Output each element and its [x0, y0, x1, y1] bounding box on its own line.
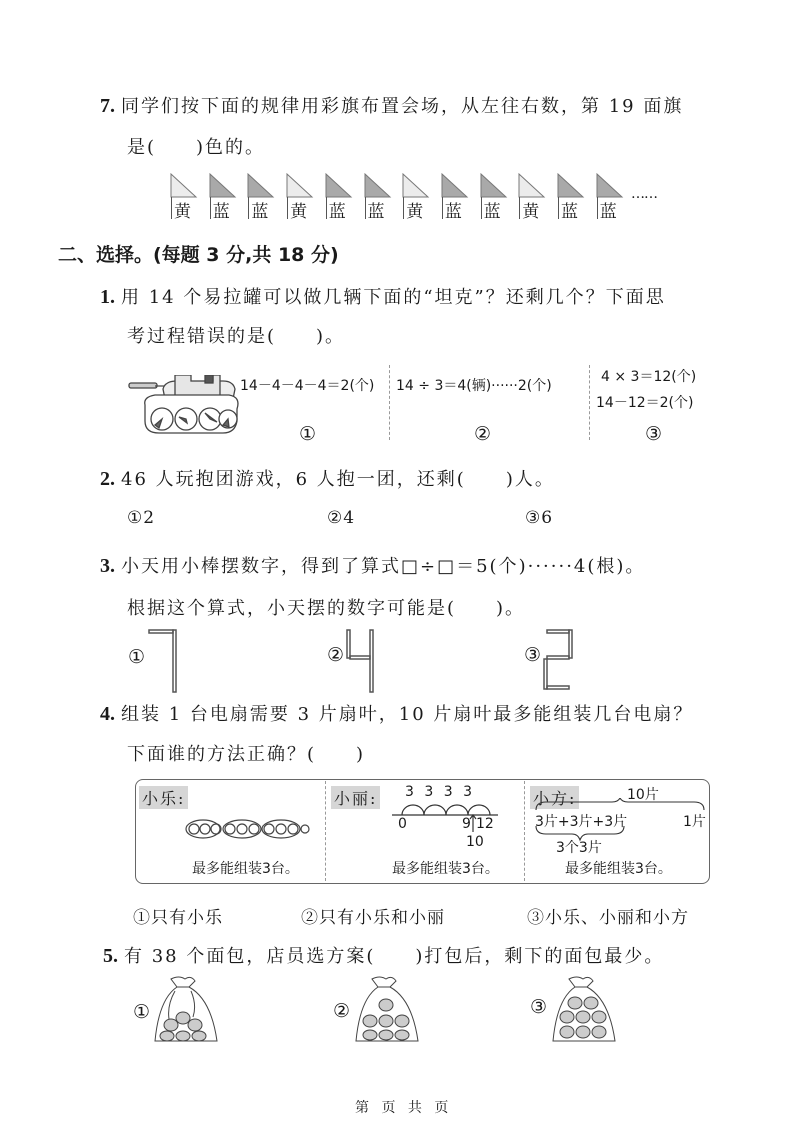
q1-line1: 1.用 14 个易拉罐可以做几辆下面的“坦克”？还剩几个？下面思 — [100, 283, 666, 309]
q4-option-3[interactable]: ③小乐、小丽和小方 — [527, 903, 689, 928]
q2-option-2[interactable]: ②4 — [327, 508, 355, 528]
q2-text: 2.46 人玩抱团游戏，6 人抱一团，还剩( )人。 — [100, 465, 555, 491]
flag-blue: 蓝 — [325, 173, 359, 225]
tick-9: 9 — [462, 816, 471, 832]
flag-label: 蓝 — [368, 197, 385, 222]
flag-triangle-icon — [441, 173, 475, 199]
flag-triangle-icon — [518, 173, 552, 199]
page-footer: 第 页 共 页 — [355, 1097, 452, 1117]
q1-method-3-line1: 4 × 3＝12(个) — [601, 366, 696, 386]
flag-triangle-icon — [209, 173, 243, 199]
divider — [325, 781, 326, 881]
q2-option-3[interactable]: ③6 — [525, 508, 553, 528]
flag-label: 蓝 — [484, 197, 501, 222]
flag-label: 蓝 — [329, 197, 346, 222]
flag-triangle-icon — [596, 173, 630, 199]
circles-grouping — [185, 818, 310, 840]
panel-result-xiaofang: 最多能组装3台。 — [565, 858, 672, 878]
flag-sequence: 黄蓝蓝黄蓝蓝黄蓝蓝黄蓝蓝 — [170, 173, 650, 229]
divider — [589, 365, 590, 440]
q4-option-1[interactable]: ①只有小乐 — [133, 903, 223, 928]
q1-method-3-line2: 14－12＝2(个) — [596, 392, 693, 412]
group-label: 3个3片 — [556, 837, 602, 857]
flag-triangle-icon — [286, 173, 320, 199]
matchstick-7 — [145, 628, 185, 694]
panel-name-xiaole: 小乐: — [139, 786, 188, 809]
q4-line1: 4.组装 1 台电扇需要 3 片扇叶，10 片扇叶最多能组装几台电扇？ — [100, 700, 693, 726]
matchstick-2 — [541, 628, 581, 694]
divider — [389, 365, 390, 440]
q4-line2: 下面谁的方法正确？( ) — [127, 740, 365, 766]
bread-bag-7 — [354, 975, 422, 1045]
q7-line2: 是( )色的。 — [127, 133, 265, 159]
flag-triangle-icon — [325, 173, 359, 199]
flag-label: 蓝 — [251, 197, 268, 222]
flag-blue: 蓝 — [247, 173, 281, 225]
flag-triangle-icon — [247, 173, 281, 199]
matchstick-4 — [345, 628, 385, 694]
flag-label: 黄 — [174, 197, 191, 222]
bread-bag-6 — [153, 975, 221, 1045]
flag-blue: 蓝 — [209, 173, 243, 225]
q4-option-2[interactable]: ②只有小乐和小丽 — [301, 903, 445, 928]
flag-triangle-icon — [402, 173, 436, 199]
q1-method-2-mark: ② — [474, 423, 491, 445]
flag-triangle-icon — [364, 173, 398, 199]
q3-option-1-mark[interactable]: ① — [128, 646, 145, 668]
flag-blue: 蓝 — [596, 173, 630, 225]
tank-illustration — [125, 375, 240, 437]
flag-blue: 蓝 — [480, 173, 514, 225]
arrow-label-10: 10 — [466, 834, 484, 850]
flag-label: 蓝 — [600, 197, 617, 222]
remainder-label: 1片 — [683, 811, 706, 831]
q1-method-3-mark: ③ — [645, 423, 662, 445]
flag-label: 黄 — [522, 197, 539, 222]
q2-option-1[interactable]: ①2 — [127, 508, 155, 528]
tick-12: 12 — [476, 816, 494, 832]
q7-line1: 7.同学们按下面的规律用彩旗布置会场，从左往右数，第 19 面旗 — [100, 92, 683, 118]
q3-line1: 3.小天用小棒摆数字，得到了算式□÷□＝5(个)······4(根)。 — [100, 552, 645, 578]
flag-label: 蓝 — [445, 197, 462, 222]
flag-label: 蓝 — [561, 197, 578, 222]
q3-option-2-mark[interactable]: ② — [327, 644, 344, 666]
section-title: 二、选择。(每题 3 分,共 18 分) — [58, 240, 339, 267]
q5-option-2-mark[interactable]: ② — [333, 1000, 350, 1022]
panel-name-xiaoli: 小丽: — [331, 786, 380, 809]
flag-triangle-icon — [557, 173, 591, 199]
flag-blue: 蓝 — [557, 173, 591, 225]
q3-line2: 根据这个算式，小天摆的数字可能是( )。 — [127, 594, 525, 620]
flag-yellow: 黄 — [286, 173, 320, 225]
flag-blue: 蓝 — [441, 173, 475, 225]
panel-result-xiaoli: 最多能组装3台。 — [392, 858, 499, 878]
flag-triangle-icon — [170, 173, 204, 199]
flag-blue: 蓝 — [364, 173, 398, 225]
flag-yellow: 黄 — [402, 173, 436, 225]
flag-yellow: 黄 — [518, 173, 552, 225]
flag-yellow: 黄 — [170, 173, 204, 225]
q1-method-1-mark: ① — [299, 423, 316, 445]
q1-line2: 考过程错误的是( )。 — [127, 322, 345, 348]
q5-option-3-mark[interactable]: ③ — [530, 996, 547, 1018]
sum-label: 3片+3片+3片 — [535, 811, 627, 831]
panel-result-xiaole: 最多能组装3台。 — [192, 858, 299, 878]
q1-method-1: 14－4－4－4＝2(个) — [240, 375, 374, 395]
flag-label: 黄 — [290, 197, 307, 222]
flag-ellipsis: …… — [631, 186, 657, 202]
flag-label: 蓝 — [213, 197, 230, 222]
bread-bag-8 — [551, 975, 619, 1045]
flag-label: 黄 — [406, 197, 423, 222]
flag-triangle-icon — [480, 173, 514, 199]
q5-text: 5.有 38 个面包，店员选方案( )打包后，剩下的面包最少。 — [103, 942, 664, 968]
q3-option-3-mark[interactable]: ③ — [524, 644, 541, 666]
divider — [524, 781, 525, 881]
tick-0: 0 — [398, 816, 407, 832]
q1-method-2: 14 ÷ 3＝4(辆)······2(个) — [396, 375, 552, 395]
q5-option-1-mark[interactable]: ① — [133, 1001, 150, 1023]
